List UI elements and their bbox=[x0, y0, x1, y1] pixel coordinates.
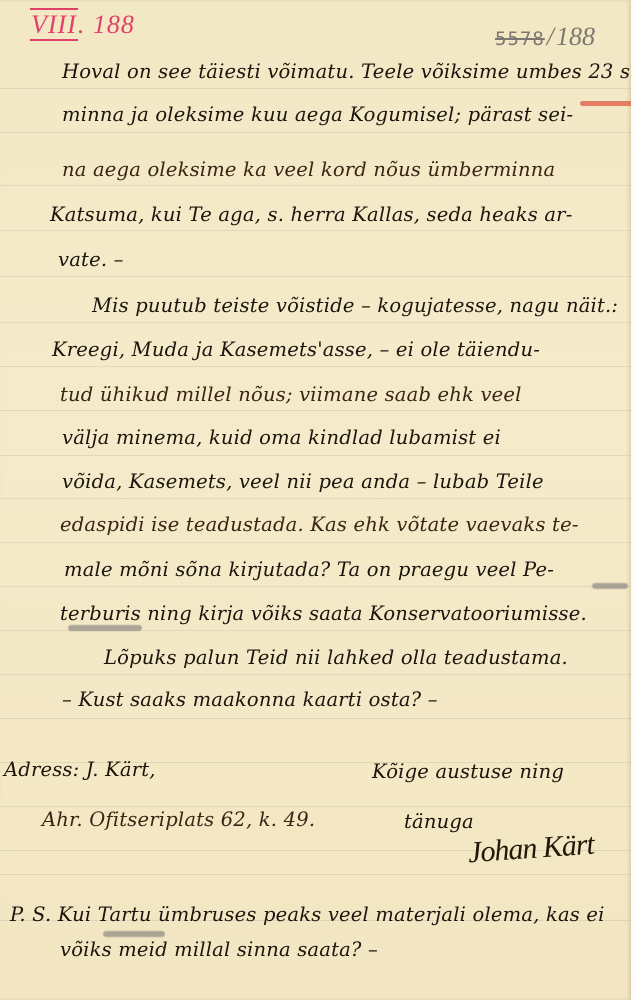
letter-line-2: minna ja oleksime kuu aega Kogumisel; pä… bbox=[62, 105, 573, 125]
letter-line-11: edaspidi ise teadustada. Kas ehk võtate … bbox=[60, 515, 579, 535]
postscript-line-2: võiks meid millal sinna saata? – bbox=[60, 940, 378, 960]
address-line-1: Adress: J. Kärt, bbox=[4, 760, 156, 780]
letter-line-3: na aega oleksime ka veel kord nõus ümber… bbox=[62, 160, 555, 180]
separator: / bbox=[547, 22, 554, 51]
letter-line-8: tud ühikud millel nõus; viimane saab ehk… bbox=[60, 385, 522, 405]
new-folio-number: 188 bbox=[556, 22, 595, 51]
ruled-line bbox=[0, 88, 631, 89]
archive-reference-pencil: 5578/188 bbox=[495, 22, 595, 52]
closing-line-1: Kõige austuse ning bbox=[372, 762, 564, 782]
ruled-line bbox=[0, 542, 631, 543]
ruled-line bbox=[0, 455, 631, 456]
archive-reference-red: VIII. 188 bbox=[30, 10, 135, 40]
letter-page: VIII. 188 5578/188 Hoval on see täiesti … bbox=[0, 0, 631, 1000]
letter-line-7: Kreegi, Muda ja Kasemets'asse, – ei ole … bbox=[52, 340, 540, 360]
archive-roman-numeral: VIII bbox=[30, 8, 78, 41]
scan-edge bbox=[631, 0, 636, 1000]
ruled-line bbox=[0, 132, 631, 133]
letter-line-12: male mõni sõna kirjutada? Ta on praegu v… bbox=[64, 560, 554, 580]
letter-line-5: vate. – bbox=[58, 250, 124, 270]
address-line-2: Ahr. Ofitseriplats 62, k. 49. bbox=[42, 810, 315, 830]
letter-line-10: võida, Kasemets, veel nii pea anda – lub… bbox=[62, 472, 544, 492]
ruled-line bbox=[0, 874, 631, 875]
ruled-line bbox=[0, 410, 631, 411]
ruled-line bbox=[0, 718, 631, 719]
ruled-line bbox=[0, 806, 631, 807]
archive-folio-number: . 188 bbox=[78, 10, 135, 39]
letter-line-6: Mis puutub teiste võistide – kogujatesse… bbox=[92, 296, 618, 316]
letter-line-13: terburis ning kirja võiks saata Konserva… bbox=[60, 604, 587, 624]
letter-line-1: Hoval on see täiesti võimatu. Teele võik… bbox=[62, 62, 631, 82]
ruled-line bbox=[0, 498, 631, 499]
signature: Johan Kärt bbox=[467, 828, 595, 871]
ruled-line bbox=[0, 230, 631, 231]
pencil-underline-mark bbox=[103, 931, 165, 937]
letter-line-15: – Kust saaks maakonna kaarti osta? – bbox=[62, 690, 438, 710]
pencil-underline-mark bbox=[592, 583, 628, 589]
letter-line-4: Katsuma, kui Te aga, s. herra Kallas, se… bbox=[50, 205, 572, 225]
red-pencil-underline bbox=[580, 101, 631, 106]
ruled-line bbox=[0, 276, 631, 277]
postscript-line-1: P. S. Kui Tartu ümbruses peaks veel mate… bbox=[10, 905, 605, 925]
ruled-line bbox=[0, 366, 631, 367]
letter-line-14: Lõpuks palun Teid nii lahked olla teadus… bbox=[104, 648, 568, 668]
ruled-line bbox=[0, 586, 631, 587]
ruled-line bbox=[0, 674, 631, 675]
closing-line-2: tänuga bbox=[404, 812, 474, 832]
letter-line-9: välja minema, kuid oma kindlad lubamist … bbox=[62, 428, 501, 448]
struck-out-number: 5578 bbox=[495, 28, 545, 50]
ruled-line bbox=[0, 322, 631, 323]
pencil-underline-mark bbox=[68, 625, 142, 631]
ruled-line bbox=[0, 185, 631, 186]
